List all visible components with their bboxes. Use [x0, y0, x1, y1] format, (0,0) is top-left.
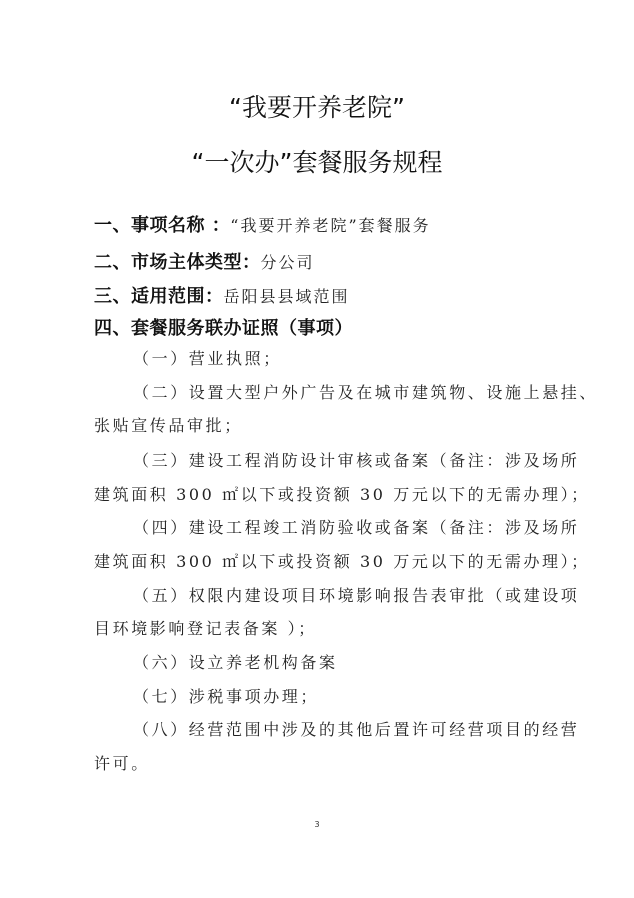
document-title-line1: “我要开养老院”: [0, 88, 634, 124]
document-title-line2: “一次办”套餐服务规程: [0, 143, 634, 179]
section-label: 四、套餐服务联办证照（事项）: [94, 318, 353, 339]
list-item-6: （六）设立养老机构备案: [133, 652, 338, 674]
list-item-4-line1: （四）建设工程竣工消防验收或备案（备注：涉及场所: [133, 517, 579, 539]
section-entity-type: 二、市场主体类型：分公司: [94, 252, 315, 274]
section-scope: 三、适用范围：岳阳县县域范围: [94, 286, 350, 308]
page-number: 3: [0, 820, 634, 829]
list-item-5-line1: （五）权限内建设项目环境影响报告表审批（或建设项: [133, 585, 579, 607]
section-item-name: 一、事项名称 ：“我要开养老院”套餐服务: [94, 215, 431, 237]
list-item-8-line1: （八）经营范围中涉及的其他后置许可经营项目的经营: [133, 719, 579, 741]
list-item-2-line2: 张贴宣传品审批；: [94, 415, 243, 437]
list-item-1: （一）营业执照；: [133, 348, 282, 370]
list-item-7: （七）涉税事项办理；: [133, 686, 319, 708]
list-item-4-line2: 建筑面积 300 ㎡以下或投资额 30 万元以下的无需办理）；: [94, 551, 590, 573]
section-label: 二、市场主体类型：: [94, 252, 261, 273]
list-item-8-line2: 许可。: [94, 753, 150, 775]
section-label: 三、适用范围：: [94, 286, 224, 307]
section-joint-licenses: 四、套餐服务联办证照（事项）: [94, 318, 353, 340]
section-value: 岳阳县县域范围: [224, 287, 350, 306]
section-value: 分公司: [261, 253, 315, 272]
list-item-5-line2: 目环境影响登记表备案 ）；: [94, 618, 317, 640]
list-item-3-line2: 建筑面积 300 ㎡以下或投资额 30 万元以下的无需办理）；: [94, 484, 590, 506]
document-page: “我要开养老院” “一次办”套餐服务规程 一、事项名称 ：“我要开养老院”套餐服…: [0, 0, 634, 898]
list-item-3-line1: （三）建设工程消防设计审核或备案（备注：涉及场所: [133, 450, 579, 472]
section-label: 一、事项名称 ：: [94, 215, 230, 236]
section-value: “我要开养老院”套餐服务: [230, 216, 430, 235]
list-item-2-line1: （二）设置大型户外广告及在城市建筑物、设施上悬挂、: [133, 382, 598, 404]
